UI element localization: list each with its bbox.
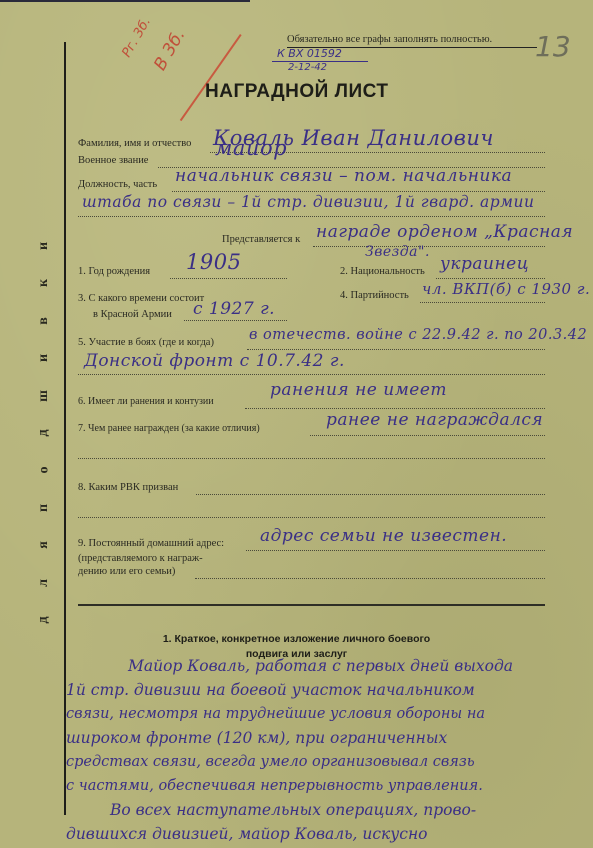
battles-line-1 <box>247 349 545 350</box>
birth-year-label: 1. Год рождения <box>78 266 150 277</box>
narrative-line: 1й стр. дивизии на боевой участок началь… <box>66 678 586 703</box>
home-address-value: адрес семьи не известен. <box>260 526 507 546</box>
home-address-label-line-3: дению или его семьи) <box>78 566 175 577</box>
battles-value-line-1: в отечеств. войне с 22.9.42 г. по 20.3.4… <box>249 327 593 343</box>
section-divider <box>78 604 545 606</box>
page-number: 13 <box>535 30 571 63</box>
wounds-line <box>245 408 545 409</box>
registration-date: 2-12-42 <box>288 62 327 73</box>
party-line <box>420 302 545 303</box>
scan-top-edge <box>0 0 250 2</box>
nominated-for-value-line-1: награде орденом „Красная <box>316 222 573 242</box>
previous-awards-value: ранее не награждался <box>326 410 543 430</box>
position-label: Должность, часть <box>78 179 157 190</box>
previous-awards-label: 7. Чем ранее награжден (за какие отличия… <box>78 423 260 434</box>
narrative-line: с частями, обеспечивая непрерывность упр… <box>66 774 586 799</box>
home-address-label-line-1: 9. Постоянный домашний адрес: <box>78 538 224 549</box>
conscription-office-line-2 <box>78 517 545 518</box>
nominated-for-value-line-2: Звезда". <box>365 244 430 260</box>
full-name-label: Фамилия, имя и отчество <box>78 138 191 149</box>
battles-label: 5. Участие в боях (где и когда) <box>78 337 214 348</box>
previous-awards-line <box>310 435 545 436</box>
narrative-line: средствах связи, всегда умело организовы… <box>66 750 586 775</box>
binding-margin-text: д л я п о д ш и в к и <box>30 238 58 628</box>
army-since-line <box>184 320 287 321</box>
registration-number: К ВХ 01592 <box>277 47 342 60</box>
birth-year-value: 1905 <box>186 250 241 274</box>
narrative-line: дившихся дивизией, майор Коваль, искусно <box>66 822 586 847</box>
army-since-value: с 1927 г. <box>193 299 275 319</box>
position-line-2 <box>78 216 545 217</box>
nationality-line <box>436 278 545 279</box>
rank-label: Военное звание <box>78 155 148 166</box>
conscription-office-label: 8. Каким РВК призван <box>78 482 178 493</box>
party-label: 4. Партийность <box>340 290 409 301</box>
previous-awards-line-2 <box>78 458 545 459</box>
army-since-label-line-1: 3. С какого времени состоит <box>78 293 204 304</box>
nominated-for-label: Представляется к <box>222 234 300 245</box>
narrative-line: широком фронте (120 км), при ограниченны… <box>66 726 586 751</box>
position-value-line-2: штаба по связи – 1й стр. дивизии, 1й гва… <box>82 193 534 211</box>
wounds-value: ранения не имеет <box>270 380 447 400</box>
party-value: чл. ВКП(б) с 1930 г. <box>422 280 590 298</box>
document-title: НАГРАДНОЙ ЛИСТ <box>205 81 388 103</box>
birth-year-line <box>170 278 287 279</box>
battles-value-line-2: Донской фронт с 10.7.42 г. <box>84 351 345 371</box>
home-address-line-2 <box>195 578 545 579</box>
narrative-heading-line-1: 1. Краткое, конкретное изложение личного… <box>0 633 593 645</box>
home-address-label-line-2: (представляемого к награж- <box>78 553 203 564</box>
conscription-office-line <box>196 494 545 495</box>
narrative-line: Майор Коваль, работая с первых дней выхо… <box>128 654 593 679</box>
narrative-line: связи, несмотря на труднейшие условия об… <box>66 702 586 727</box>
wounds-label: 6. Имеет ли ранения и контузии <box>78 396 214 407</box>
nationality-label: 2. Национальность <box>340 266 425 277</box>
fill-notice: Обязательно все графы заполнять полность… <box>287 34 492 45</box>
nationality-value: украинец <box>440 254 529 274</box>
position-line-1 <box>172 191 545 192</box>
position-value-line-1: начальник связи – пом. начальника <box>175 166 512 186</box>
narrative-line: Во всех наступательных операциях, прово- <box>110 798 593 823</box>
battles-line-2 <box>78 374 545 375</box>
army-since-label-line-2: в Красной Армии <box>93 309 172 320</box>
rank-value: майор <box>215 136 287 160</box>
home-address-line <box>246 550 545 551</box>
